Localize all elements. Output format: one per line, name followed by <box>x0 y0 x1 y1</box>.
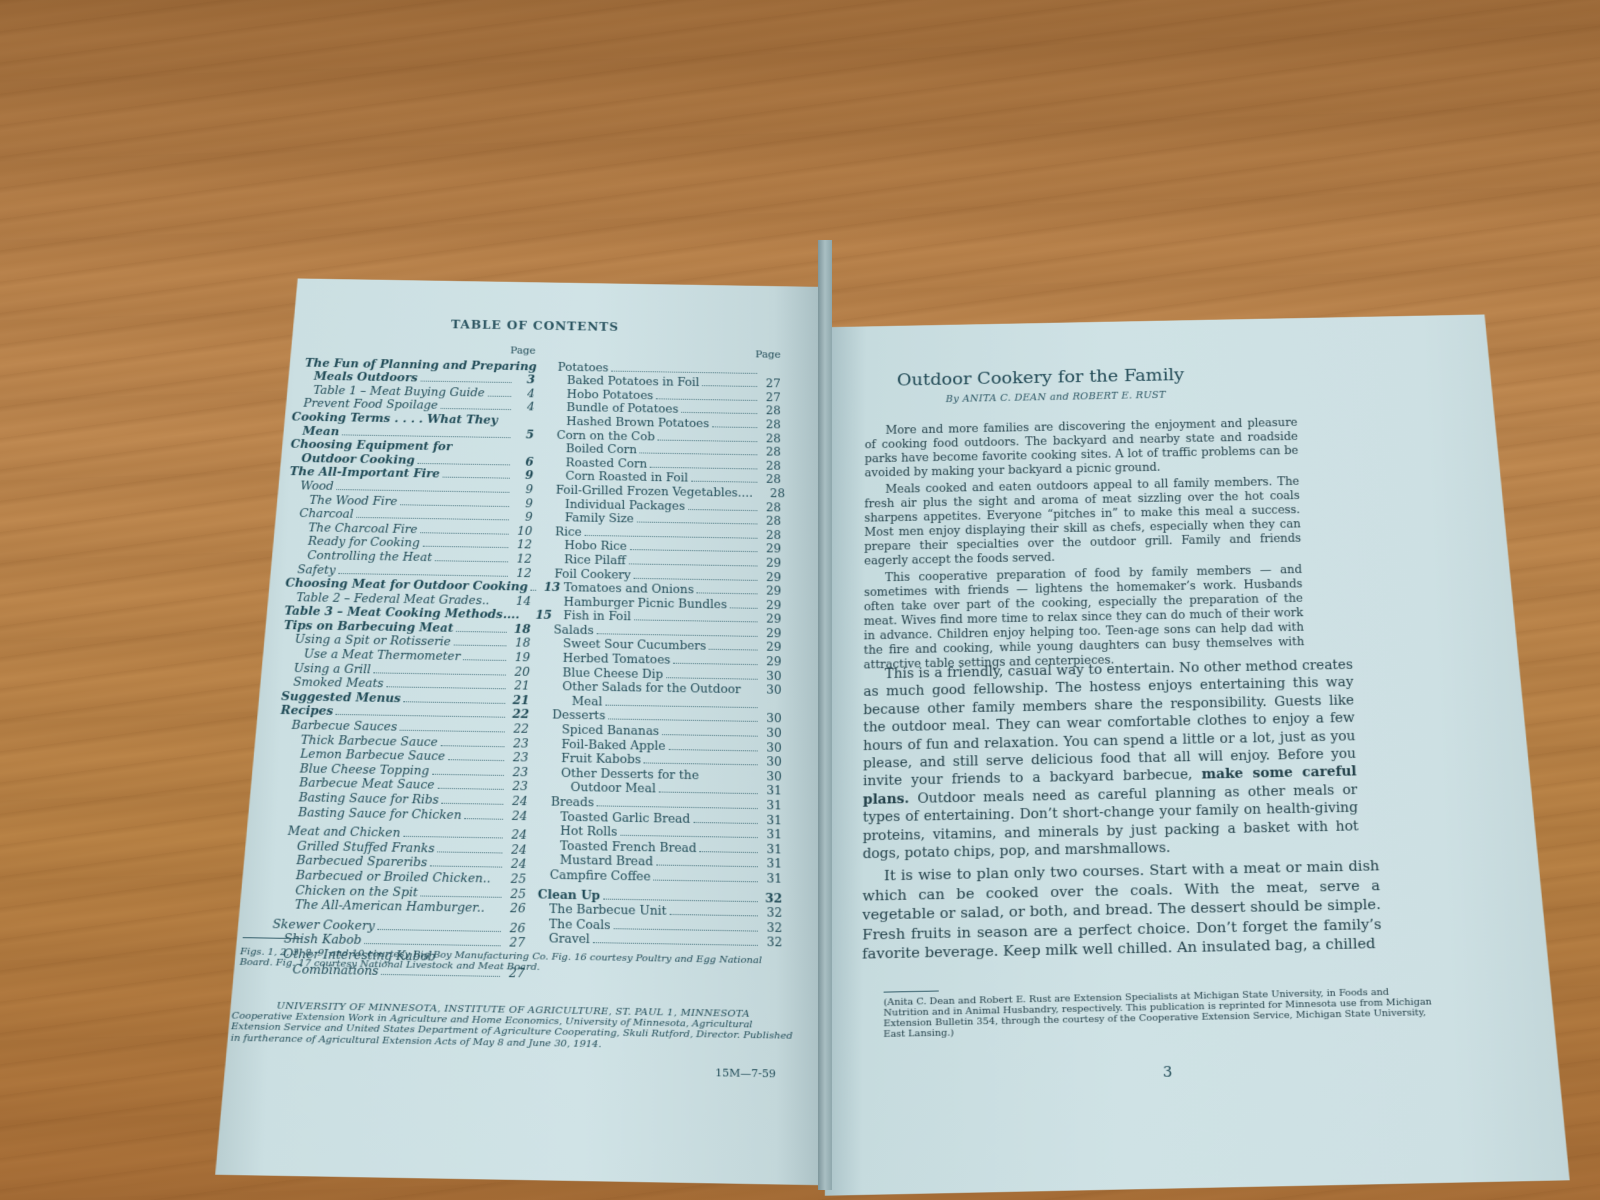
toc-entry-page: 23 <box>507 736 529 751</box>
toc-entry-page: 24 <box>506 808 528 823</box>
toc-entry-page: 29 <box>760 556 781 570</box>
toc-entry-label: Hobo Potatoes <box>567 387 654 402</box>
toc-leader-dots <box>605 704 758 707</box>
toc-entry-page: 23 <box>507 765 529 780</box>
toc-entry-page: 12 <box>511 552 532 566</box>
toc-leader-dots <box>656 398 757 401</box>
toc-entry-page: 9 <box>512 510 533 524</box>
toc-entry-page: 30 <box>761 754 782 769</box>
toc-entry: Gravel32 <box>537 931 782 950</box>
toc-leader-dots <box>441 745 505 747</box>
toc-leader-dots <box>374 672 506 675</box>
toc-leader-dots <box>654 880 758 883</box>
toc-entry-page: 20 <box>509 664 530 679</box>
toc-entry-page: 4 <box>514 400 535 414</box>
toc-entry-label: Fish in Foil <box>563 609 631 624</box>
wooden-table-surface <box>0 0 1600 250</box>
toc-leader-dots <box>421 895 502 897</box>
toc-entry-page: 27 <box>760 390 781 404</box>
toc-entry-page: 14 <box>510 594 531 608</box>
toc-entry-label: Using a Grill <box>294 661 372 677</box>
toc-entry-page: 30 <box>760 711 781 726</box>
toc-entry-label: Spiced Bananas <box>562 722 660 738</box>
toc-entry-page: 22 <box>508 721 529 736</box>
toc-entry-page: 9 <box>512 468 533 482</box>
toc-leader-dots <box>637 522 758 525</box>
toc-entry-page: 23 <box>507 750 529 765</box>
toc-leader-dots <box>693 822 758 824</box>
toc-leader-dots <box>688 509 758 511</box>
toc-leader-dots <box>613 928 757 931</box>
toc-entry-page: 31 <box>761 798 782 813</box>
toc-leader-dots <box>593 942 758 946</box>
toc-leader-dots <box>673 663 757 665</box>
toc-entry: Basting Sauce for Chicken24 <box>277 804 528 823</box>
toc-entry-label: Safety <box>297 562 336 577</box>
toc-leader-dots <box>403 836 502 839</box>
toc-entry-label: Mean <box>302 424 339 438</box>
toc-entry-page: 12 <box>511 538 532 552</box>
toc-entry-page: 19 <box>509 650 530 665</box>
toc-leader-dots <box>420 381 511 383</box>
toc-leader-dots <box>702 779 758 780</box>
toc-entry-page: 25 <box>504 886 526 901</box>
toc-leader-dots <box>432 774 504 776</box>
toc-leader-dots <box>417 463 510 465</box>
toc-leader-dots <box>342 434 511 438</box>
print-code: 15M—7-59 <box>715 1067 776 1081</box>
toc-entry-page: 31 <box>761 871 783 886</box>
paragraph-5: It is wise to plan only two courses. Sta… <box>862 856 1382 964</box>
toc-list-1: The Fun of Planning and PreparingMeals O… <box>271 356 536 981</box>
toc-entry-label: Shish Kabob <box>284 932 362 948</box>
article-body-middle: This is a friendly, casual way to entert… <box>863 657 1360 867</box>
toc-entry-page: 30 <box>761 740 782 755</box>
toc-entry-page: 9 <box>512 496 533 510</box>
toc-leader-dots <box>630 549 758 552</box>
toc-leader-dots <box>336 714 505 718</box>
toc-leader-dots <box>454 645 507 647</box>
toc-entry-page: 26 <box>504 920 526 935</box>
toc-entry-page: 21 <box>508 693 529 708</box>
toc-leader-dots <box>364 943 500 946</box>
toc-entry-page: 24 <box>506 827 528 842</box>
toc-entry-page: 24 <box>506 794 528 809</box>
toc-entry-page: 27 <box>760 377 781 391</box>
toc-leader-dots <box>712 426 757 428</box>
toc-entry-page: 21 <box>508 679 529 694</box>
toc-leader-dots <box>386 687 505 690</box>
toc-leader-dots <box>464 818 503 820</box>
toc-entry-page: 23 <box>506 779 528 794</box>
toc-leader-dots <box>659 792 758 795</box>
toc-leader-dots <box>437 851 502 853</box>
toc-page-header: Page <box>294 340 536 357</box>
toc-entry-page: 29 <box>760 612 781 626</box>
toc-column-2: Page PotatoesBaked Potatoes in Foil27Hob… <box>537 344 782 950</box>
article-body-upper: More and more families are discovering t… <box>864 415 1305 675</box>
toc-entry-page: 22 <box>508 707 529 722</box>
toc-entry-label: Hot Rolls <box>560 824 617 840</box>
paragraph-1: More and more families are discovering t… <box>865 415 1299 480</box>
toc-leader-dots <box>456 631 507 633</box>
toc-leader-dots <box>666 677 757 679</box>
toc-page-header-2: Page <box>547 344 781 361</box>
toc-leader-dots <box>656 865 758 868</box>
toc-entry-label: Rice Pilaff <box>564 552 626 567</box>
paragraph-4: This is a friendly, casual way to entert… <box>863 657 1360 864</box>
toc-leader-dots <box>658 439 758 442</box>
toc-entry-page: 29 <box>760 570 781 584</box>
toc-leader-dots <box>608 719 757 722</box>
toc-leader-dots <box>488 395 512 396</box>
toc-entry-label: Mustard Bread <box>560 853 653 869</box>
toc-entry-page: 31 <box>761 842 782 857</box>
right-page-article: Outdoor Cookery for the Family By ANITA … <box>825 314 1570 1196</box>
paragraph-4-text-end: Outdoor meals need as careful planning a… <box>863 783 1359 862</box>
toc-entry-label: Meal <box>572 694 603 709</box>
toc-leader-dots <box>455 450 510 451</box>
toc-entry-page: 29 <box>760 654 781 669</box>
toc-entry-page: 4 <box>514 386 535 400</box>
toc-entry-page: 12 <box>511 566 532 580</box>
toc-entry-page: 28 <box>764 486 785 500</box>
toc-leader-dots <box>400 730 505 733</box>
imprint: UNIVERSITY OF MINNESOTA, INSTITUTE OF AG… <box>231 1000 795 1053</box>
toc-leader-dots <box>681 412 757 414</box>
toc-leader-dots <box>644 763 758 766</box>
toc-entry-page: 30 <box>760 726 781 741</box>
toc-entry-page: 28 <box>760 404 781 418</box>
toc-entry-page: 29 <box>760 584 781 598</box>
toc-entry-page: 29 <box>760 640 781 655</box>
toc-entry-label: Salads <box>554 623 594 638</box>
left-page-table-of-contents: TABLE OF CONTENTS Page The Fun of Planni… <box>215 278 825 1186</box>
toc-leader-dots <box>620 835 757 838</box>
toc-leader-dots <box>531 590 537 591</box>
toc-leader-dots <box>597 805 758 809</box>
toc-leader-dots <box>584 535 757 539</box>
article-byline: By ANITA C. DEAN and ROBERT E. RUST <box>946 390 1166 405</box>
toc-entry-label: Potatoes <box>558 360 609 374</box>
toc-entry-label: The Coals <box>549 916 611 932</box>
toc-leader-dots <box>628 563 757 566</box>
toc-entry-label: The Wood Fire <box>309 493 397 508</box>
toc-leader-dots <box>336 489 509 493</box>
toc-leader-dots <box>420 532 508 534</box>
toc-entry-page: 28 <box>760 514 781 528</box>
footnote-divider <box>884 991 939 993</box>
toc-leader-dots <box>430 866 502 868</box>
toc-leader-dots <box>437 788 503 790</box>
toc-entry-page: 24 <box>505 857 527 872</box>
toc-leader-dots <box>404 701 506 704</box>
toc-leader-dots <box>702 385 757 387</box>
toc-entry-page: 28 <box>760 500 781 514</box>
toc-entry-page: 32 <box>761 935 783 950</box>
toc-leader-dots <box>381 973 500 976</box>
paragraph-3: This cooperative preparation of food by … <box>864 562 1305 672</box>
toc-entry-label: Outdoor Meal <box>570 780 655 796</box>
toc-entry-label: Gravel <box>549 931 590 947</box>
toc-list-2: PotatoesBaked Potatoes in Foil27Hobo Pot… <box>537 360 782 950</box>
toc-leader-dots <box>662 734 758 737</box>
toc-entry-page: 18 <box>509 636 530 651</box>
toc-leader-dots <box>700 851 758 853</box>
toc-leader-dots <box>668 749 757 751</box>
book-spine <box>818 240 832 1190</box>
toc-entry-label: Charcoal <box>299 506 354 521</box>
page-number: 3 <box>1163 1063 1173 1081</box>
toc-entry-page: 10 <box>511 524 532 538</box>
toc-entry-label: Smoked Meats <box>293 675 384 691</box>
toc-leader-dots <box>442 803 504 805</box>
toc-entry: Campfire Coffee31 <box>538 867 782 886</box>
toc-leader-dots <box>603 898 758 902</box>
toc-leader-dots <box>463 659 506 661</box>
toc-entry-page: 31 <box>761 783 782 798</box>
toc-leader-dots <box>669 914 757 916</box>
toc-entry-page: 28 <box>760 459 781 473</box>
toc-leader-dots <box>640 453 758 456</box>
toc-entry-page: 32 <box>761 920 783 935</box>
toc-leader-dots <box>611 370 757 373</box>
toc-entry-label: Basting Sauce for Chicken <box>298 805 462 822</box>
toc-entry-page: 28 <box>760 528 781 542</box>
toc-leader-dots <box>709 649 757 651</box>
toc-entry-label: Roasted Corn <box>566 455 648 470</box>
toc-entry-page: 29 <box>760 542 781 556</box>
toc-entry-page: 6 <box>513 455 534 469</box>
toc-entry-page: 31 <box>761 827 782 842</box>
toc-entry-label: Desserts <box>552 708 605 723</box>
toc-leader-dots <box>597 633 758 637</box>
toc-entry-label: Foil Cookery <box>554 566 630 581</box>
toc-leader-dots <box>435 560 508 562</box>
article-title: Outdoor Cookery for the Family <box>897 365 1184 390</box>
toc-leader-dots <box>650 467 757 470</box>
toc-entry-label: Skewer Cookery <box>272 916 375 933</box>
toc-leader-dots <box>634 620 758 623</box>
toc-entry-label: Family Size <box>565 511 634 526</box>
paragraph-2: Meals cooked and eaten outdoors appeal t… <box>864 474 1302 568</box>
toc-entry-page: 27 <box>503 935 525 950</box>
toc-entry-label: Clean Up <box>538 887 601 903</box>
toc-entry-page: 32 <box>761 905 783 920</box>
article-body-lower: It is wise to plan only two courses. Sta… <box>862 856 1383 967</box>
toc-entry-page: 28 <box>760 445 781 459</box>
toc-entry-page: 3 <box>514 373 535 387</box>
toc-entry-page: 31 <box>761 856 782 871</box>
toc-leader-dots <box>448 759 504 761</box>
toc-leader-dots <box>697 593 758 595</box>
toc-entry-page: 9 <box>512 482 533 496</box>
toc-leader-dots <box>356 517 509 520</box>
toc-title: TABLE OF CONTENTS <box>250 316 820 338</box>
toc-leader-dots <box>730 607 758 608</box>
toc-entry-label: Campfire Coffee <box>550 867 651 883</box>
toc-leader-dots <box>441 408 511 410</box>
toc-leader-dots <box>443 477 510 479</box>
toc-leader-dots <box>422 546 508 548</box>
toc-leader-dots <box>634 577 758 580</box>
toc-column-1: Page The Fun of Planning and PreparingMe… <box>271 340 536 980</box>
toc-entry-page: 24 <box>505 842 527 857</box>
toc-entry-page: 30 <box>760 668 781 683</box>
author-footnote: (Anita C. Dean and Robert E. Rust are Ex… <box>883 986 1436 1040</box>
toc-entry-page: 28 <box>760 418 781 432</box>
toc-entry-label: The All-American Hamburger.. <box>295 897 485 915</box>
toc-entry-page: 30 <box>760 683 781 698</box>
toc-entry-page: 18 <box>509 622 530 636</box>
toc-entry: The All-American Hamburger..26 <box>273 897 526 916</box>
toc-entry-label: Boiled Corn <box>566 442 637 457</box>
toc-leader-dots <box>338 573 507 577</box>
toc-entry-label: Fruit Kabobs <box>561 751 641 767</box>
toc-entry-label: Hobo Rice <box>564 538 627 553</box>
toc-leader-dots <box>691 481 757 483</box>
toc-entry-page: 29 <box>760 598 781 612</box>
toc-leader-dots <box>400 504 509 507</box>
toc-entry-label: Breads <box>551 794 594 809</box>
toc-entry-page: 5 <box>513 427 534 441</box>
toc-entry-label: Rice <box>555 524 582 538</box>
toc-entry-page: 30 <box>761 769 782 784</box>
toc-entry-page: 29 <box>760 626 781 640</box>
toc-entry-page: 31 <box>761 812 782 827</box>
toc-entry-page: 26 <box>504 901 526 916</box>
toc-leader-dots <box>378 929 501 932</box>
toc-entry-page: 28 <box>760 431 781 445</box>
toc-entry-label: Recipes <box>280 703 333 718</box>
toc-entry-label: Wood <box>300 479 334 493</box>
toc-entry-page: 28 <box>760 472 781 486</box>
toc-entry-page: 32 <box>761 890 783 905</box>
toc-entry-page: 25 <box>505 871 527 886</box>
